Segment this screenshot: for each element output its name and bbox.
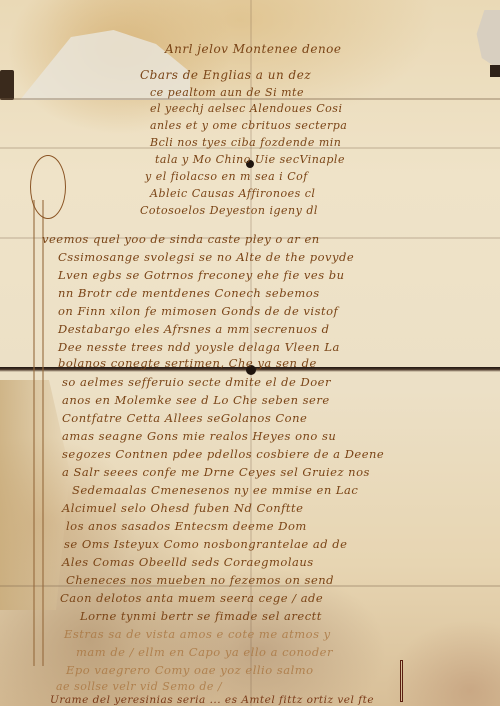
margin-flourish (30, 155, 66, 219)
torn-shadow-right (490, 65, 500, 77)
body-line: bolanos conegte sertimen, Che ya sen de (58, 356, 317, 370)
body-line: Lorne tynmi bertr se fimade sel arectt (80, 609, 322, 623)
body-line: ae sollse velr vid Semo de / (56, 680, 222, 693)
worn-left-area (0, 380, 70, 610)
margin-rule (42, 200, 44, 666)
body-line: anos en Molemke see d Lo Che seben sere (62, 393, 330, 407)
header-line: ce pealtom aun de Si mte (150, 86, 304, 99)
header-line: el yeechj aelsec Alendoues Cosi (150, 102, 342, 115)
header-line: tala y Mo Chino Uie secVinaple (155, 153, 345, 166)
header-line: Anrl jelov Montenee denoe (165, 42, 342, 56)
header-line: Ableic Causas Affironoes cl (150, 187, 315, 200)
header-line: anles et y ome cbrituos secterpa (150, 119, 347, 132)
body-line: se Oms Isteyux Como nosbongrantelae ad d… (64, 537, 347, 551)
body-line: Dee nesste trees ndd yoysle delaga Vleen… (58, 340, 340, 354)
body-line: nn Brotr cde mentdenes Conech sebemos (58, 286, 320, 300)
header-line: y el fiolacso en m sea i Cof (145, 170, 308, 183)
body-line: Cssimosange svolegsi se no Alte de the p… (58, 250, 354, 264)
body-line: on Finn xilon fe mimosen Gonds de de vis… (58, 304, 338, 318)
body-line: segozes Contnen pdee pdellos cosbiere de… (62, 447, 384, 461)
body-line: Alcimuel selo Ohesd fuben Nd Conftte (62, 501, 303, 515)
header-line: Cotosoelos Deyeston igeny dl (140, 204, 318, 217)
header-line: Bcli nos tyes ciba fozdende min (150, 136, 341, 149)
body-line: los anos sasados Entecsm deeme Dom (66, 519, 307, 533)
body-line: Cheneces nos mueben no fezemos on send (66, 573, 334, 587)
body-line: Estras sa de vista amos e cote me atmos … (64, 627, 331, 641)
body-line: a Salr seees confe me Drne Ceyes sel Gru… (62, 465, 370, 479)
manuscript-page: Anrl jelov Montenee denoe Cbars de Engli… (0, 0, 500, 706)
body-line: mam de / ellm en Capo ya ello a conoder (76, 645, 333, 659)
margin-rule (33, 200, 35, 666)
torn-paper-edge-right (474, 10, 500, 70)
body-line: Caon delotos anta muem seera cege / ade (60, 591, 323, 605)
body-line: amas seagne Gons mie realos Heyes ono su (62, 429, 336, 443)
body-line: Epo vaegrero Comy oae yoz ellio salmo (66, 663, 314, 677)
body-line: Ales Comas Obeelld seds Coraegmolaus (62, 555, 314, 569)
body-line: Destabargo eles Afrsnes a mm secrenuos d (58, 322, 330, 336)
body-line: Sedemaalas Cmenesenos ny ee mmise en Lac (72, 483, 358, 497)
torn-shadow (0, 70, 14, 100)
body-line: Contfatre Cetta Allees seGolanos Cone (62, 411, 307, 425)
body-line: veemos quel yoo de sinda caste pley o ar… (42, 232, 320, 246)
ink-stroke (400, 660, 403, 702)
signature-line: Urame del yeresinias seria ... es Amtel … (50, 694, 374, 706)
body-line: so aelmes sefferuio secte dmite el de Do… (62, 375, 331, 389)
header-line: Cbars de Englias a un dez (140, 68, 311, 82)
body-line: Lven egbs se Gotrnos freconey ehe fie ve… (58, 268, 345, 282)
